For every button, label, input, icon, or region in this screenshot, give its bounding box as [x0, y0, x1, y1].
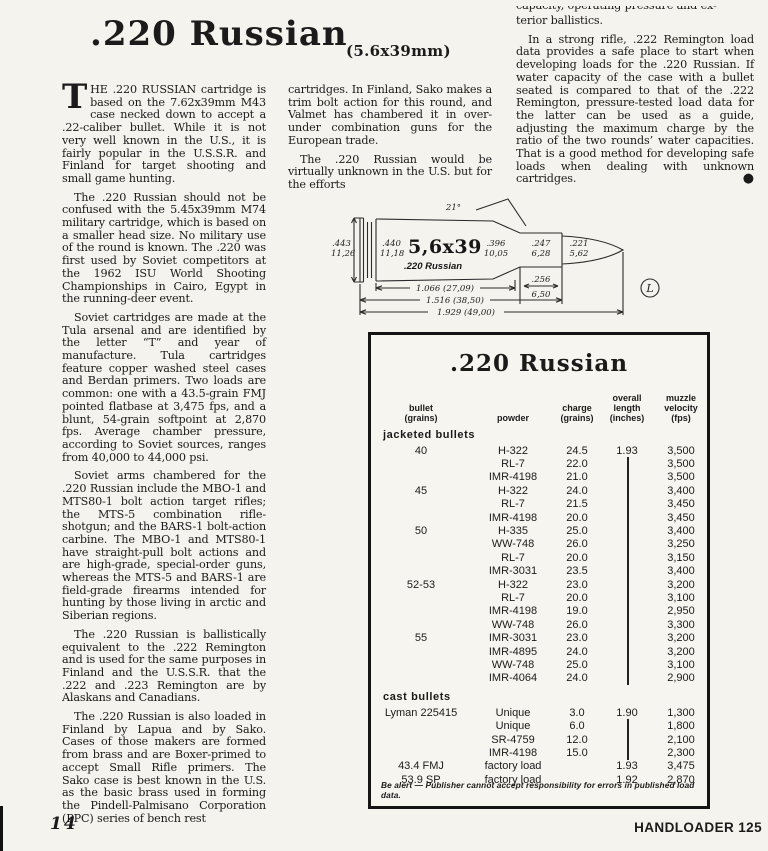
table-section-label: jacketed bullets	[383, 429, 707, 441]
table-cell: 19.0	[555, 605, 599, 617]
table-cell: 26.0	[555, 538, 599, 550]
drop-cap: T	[62, 84, 90, 110]
table-cell: 2,300	[655, 747, 707, 759]
table-cell: WW-748	[471, 659, 555, 671]
table-cell: 23.5	[555, 565, 599, 577]
table-cell	[599, 538, 655, 551]
table-cell: 3,400	[655, 525, 707, 537]
table-cell: 12.0	[555, 734, 599, 746]
table-cell: IMR-4198	[471, 747, 555, 759]
table-cell: 22.0	[555, 458, 599, 470]
metric-designation: 5,6x39	[408, 236, 482, 258]
ditto-line	[627, 658, 629, 671]
table-row: RL-720.03,150	[371, 551, 707, 564]
column-header-powder: powder	[471, 413, 555, 423]
table-row: IMR-419820.03,450	[371, 511, 707, 524]
article-column-2: cartridges. In Finland, Sako makes a tri…	[288, 84, 492, 198]
table-row: Lyman 225415Unique3.01.901,300	[371, 706, 707, 719]
load-rows: jacketed bullets40H-32224.51.933,500RL-7…	[371, 429, 707, 786]
bullet-dia-in: .221	[570, 239, 589, 249]
table-cell: 2,100	[655, 734, 707, 746]
table-cell: 3,200	[655, 646, 707, 658]
head-dia-in: .440	[382, 239, 402, 249]
table-cell: 3,100	[655, 659, 707, 671]
table-cell	[599, 746, 655, 759]
table-cell: IMR-4198	[471, 512, 555, 524]
paragraph: The .220 Russian is ballistically equiva…	[62, 629, 266, 705]
table-cell	[599, 733, 655, 746]
ditto-line	[627, 511, 629, 524]
table-cell: 3,300	[655, 619, 707, 631]
table-cell: 3.0	[555, 707, 599, 719]
table-row: WW-74826.03,250	[371, 538, 707, 551]
table-cell: IMR-4198	[471, 605, 555, 617]
table-cell	[599, 457, 655, 470]
table-cell: 3,450	[655, 498, 707, 510]
table-cell: 20.0	[555, 592, 599, 604]
table-cell: 3,450	[655, 512, 707, 524]
table-row: IMR-303123.53,400	[371, 565, 707, 578]
table-cell: Unique	[471, 720, 555, 732]
paragraph: THE .220 RUSSIAN cartridge is based on t…	[62, 84, 266, 186]
page-subtitle: (5.6x39mm)	[346, 42, 451, 60]
table-cell: H-335	[471, 525, 555, 537]
table-cell	[599, 719, 655, 732]
neck-dia-in: .247	[532, 239, 552, 249]
shoulder-dia-mm: 10,05	[484, 249, 508, 259]
table-title: .220 Russian	[371, 350, 707, 377]
table-cell: 2,900	[655, 672, 707, 684]
table-cell: 1.93	[599, 760, 655, 773]
load-data-table: .220 Russian bullet (grains) powder char…	[368, 332, 710, 809]
table-cell	[599, 645, 655, 658]
table-cell: 20.0	[555, 512, 599, 524]
table-cell: factory load	[471, 760, 555, 772]
publisher-disclaimer: Be alert — Publisher cannot accept respo…	[381, 780, 699, 800]
table-cell: 24.0	[555, 646, 599, 658]
ditto-line	[627, 719, 629, 732]
rim-dia-mm: 11,26	[331, 249, 356, 259]
table-row: WW-74826.03,300	[371, 618, 707, 631]
paragraph-text: HE .220 RUSSIAN cartridge is based on th…	[62, 83, 266, 185]
bullet-dia-mm: 5,62	[570, 249, 589, 259]
table-cell: 2,950	[655, 605, 707, 617]
table-cell: Unique	[471, 707, 555, 719]
ditto-line	[627, 605, 629, 618]
paragraph: Soviet arms chambered for the .220 Russi…	[62, 470, 266, 622]
table-cell: 3,400	[655, 485, 707, 497]
table-cell: RL-7	[471, 498, 555, 510]
table-cell	[599, 511, 655, 524]
clipped-scan-line: capacity, operating pressure and ex-	[516, 6, 754, 14]
table-row: 40H-32224.51.933,500	[371, 444, 707, 457]
table-cell: Lyman 225415	[371, 707, 471, 719]
ditto-line	[627, 524, 629, 537]
table-cell	[599, 605, 655, 618]
table-cell: 23.0	[555, 632, 599, 644]
table-cell: H-322	[471, 445, 555, 457]
table-cell: IMR-3031	[471, 632, 555, 644]
table-cell: IMR-4198	[471, 471, 555, 483]
paragraph: The .220 Russian is also loaded in Finla…	[62, 711, 266, 825]
table-cell: 15.0	[555, 747, 599, 759]
neck-length-mm: 6,50	[532, 290, 552, 300]
paragraph: The .220 Russian should not be confused …	[62, 192, 266, 306]
table-cell: 20.0	[555, 552, 599, 564]
table-row: RL-721.53,450	[371, 498, 707, 511]
table-row: RL-720.03,100	[371, 591, 707, 604]
magazine-title: HANDLOADER 125	[634, 820, 762, 835]
table-row: WW-74825.03,100	[371, 658, 707, 671]
table-cell: 50	[371, 525, 471, 537]
table-row: IMR-419815.02,300	[371, 746, 707, 759]
ditto-line	[627, 631, 629, 644]
ditto-line	[627, 565, 629, 578]
table-cell: 25.0	[555, 525, 599, 537]
table-cell: 55	[371, 632, 471, 644]
table-cell: 3,475	[655, 760, 707, 772]
table-cell	[599, 498, 655, 511]
table-cell: H-322	[471, 485, 555, 497]
ditto-line	[627, 672, 629, 685]
table-row: 50H-33525.03,400	[371, 524, 707, 537]
article-column-1: THE .220 RUSSIAN cartridge is based on t…	[62, 84, 266, 831]
table-cell: 3,500	[655, 445, 707, 457]
table-cell: RL-7	[471, 552, 555, 564]
head-dia-mm: 11,18	[380, 249, 405, 259]
table-row: IMR-419819.02,950	[371, 605, 707, 618]
table-cell: 6.0	[555, 720, 599, 732]
paragraph: The .220 Russian would be virtually unkn…	[288, 154, 492, 192]
ditto-line	[627, 484, 629, 497]
table-cell	[599, 618, 655, 631]
neck-length-in: .256	[532, 275, 552, 285]
table-cell: 1.90	[599, 706, 655, 719]
ditto-line	[627, 645, 629, 658]
table-cell: 40	[371, 445, 471, 457]
ditto-line	[627, 733, 629, 746]
handwritten-mark-letter: L	[645, 282, 653, 295]
rim-dia-in: .443	[332, 239, 351, 249]
table-cell: IMR-4895	[471, 646, 555, 658]
table-row: SR-475912.02,100	[371, 733, 707, 746]
table-cell: 3,150	[655, 552, 707, 564]
column-header-muzzle-velocity: muzzle velocity (fps)	[655, 393, 707, 423]
paragraph: Soviet cartridges are made at the Tula a…	[62, 312, 266, 464]
ditto-line	[627, 618, 629, 631]
end-of-article-mark: ●	[731, 173, 754, 184]
cartridge-diagram-svg: 21° .443 11,26 .440 11,18 5,6x39 .220 Ru…	[330, 196, 668, 348]
cartridge-name: .220 Russian	[404, 261, 462, 272]
table-cell: 3,400	[655, 565, 707, 577]
ditto-line	[627, 578, 629, 591]
table-row: IMR-406424.02,900	[371, 672, 707, 685]
table-cell: 3,500	[655, 471, 707, 483]
table-cell: IMR-4064	[471, 672, 555, 684]
table-cell: 52-53	[371, 579, 471, 591]
neck-dia-mm: 6,28	[532, 249, 552, 259]
table-cell: 26.0	[555, 619, 599, 631]
table-cell: 3,500	[655, 458, 707, 470]
shoulder-angle-label: 21°	[445, 203, 461, 213]
page-title: .220 Russian	[90, 14, 348, 54]
paragraph: cartridges. In Finland, Sako makes a tri…	[288, 84, 492, 148]
table-cell: WW-748	[471, 619, 555, 631]
table-row: 45H-32224.03,400	[371, 484, 707, 497]
table-cell	[599, 565, 655, 578]
table-cell: 23.0	[555, 579, 599, 591]
table-row: RL-722.03,500	[371, 457, 707, 470]
column-header-bullet: bullet (grains)	[371, 403, 471, 423]
column-header-overall-length: overall length (inches)	[599, 393, 655, 423]
table-cell: 1,800	[655, 720, 707, 732]
table-cell	[599, 672, 655, 685]
table-cell: 21.5	[555, 498, 599, 510]
table-cell: 43.4 FMJ	[371, 760, 471, 772]
paragraph-text: In a strong rifle, .222 Remington load d…	[516, 33, 754, 186]
table-cell: 1.93	[599, 444, 655, 457]
table-cell: SR-4759	[471, 734, 555, 746]
paragraph: In a strong rifle, .222 Remington load d…	[516, 34, 754, 186]
article-column-3: capacity, operating pressure and ex- ter…	[516, 6, 754, 192]
table-cell: 24.0	[555, 672, 599, 684]
table-cell: 3,200	[655, 632, 707, 644]
table-row: IMR-419821.03,500	[371, 471, 707, 484]
table-cell	[599, 578, 655, 591]
case-length: 1.516 (38,50)	[426, 295, 484, 306]
table-cell: 24.0	[555, 485, 599, 497]
table-row: 52-53H-32223.03,200	[371, 578, 707, 591]
ditto-line	[627, 591, 629, 604]
column-header-charge: charge (grains)	[555, 403, 599, 423]
table-cell	[599, 471, 655, 484]
table-cell	[599, 658, 655, 671]
ditto-line	[627, 471, 629, 484]
ditto-line	[627, 746, 629, 759]
table-cell: RL-7	[471, 458, 555, 470]
page-number: 14	[50, 814, 78, 834]
length-to-shoulder: 1.066 (27,09)	[416, 283, 474, 294]
table-section-label: cast bullets	[383, 691, 707, 703]
cartridge-diagram: 21° .443 11,26 .440 11,18 5,6x39 .220 Ru…	[330, 196, 668, 348]
table-cell: H-322	[471, 579, 555, 591]
table-cell: 3,250	[655, 538, 707, 550]
overall-length: 1.929 (49,00)	[437, 307, 495, 318]
table-row: 43.4 FMJfactory load1.933,475	[371, 760, 707, 773]
table-cell: 1,300	[655, 707, 707, 719]
table-header-row: bullet (grains) powder charge (grains) o…	[371, 393, 707, 423]
table-row: IMR-489524.03,200	[371, 645, 707, 658]
table-cell	[599, 631, 655, 644]
table-cell: 3,200	[655, 579, 707, 591]
ditto-line	[627, 498, 629, 511]
table-cell	[599, 524, 655, 537]
scan-edge-artifact	[0, 806, 3, 851]
ditto-line	[627, 538, 629, 551]
table-cell: 25.0	[555, 659, 599, 671]
table-cell: IMR-3031	[471, 565, 555, 577]
table-cell: 3,100	[655, 592, 707, 604]
shoulder-dia-in: .396	[487, 239, 507, 249]
table-cell	[599, 591, 655, 604]
table-cell: WW-748	[471, 538, 555, 550]
table-row: 55IMR-303123.03,200	[371, 631, 707, 644]
table-row: Unique6.01,800	[371, 719, 707, 732]
table-cell: 45	[371, 485, 471, 497]
table-cell	[599, 551, 655, 564]
table-cell: 21.0	[555, 471, 599, 483]
table-cell: RL-7	[471, 592, 555, 604]
paragraph: terior ballistics.	[516, 15, 754, 28]
table-cell: 24.5	[555, 445, 599, 457]
ditto-line	[627, 551, 629, 564]
table-cell	[599, 484, 655, 497]
ditto-line	[627, 457, 629, 470]
